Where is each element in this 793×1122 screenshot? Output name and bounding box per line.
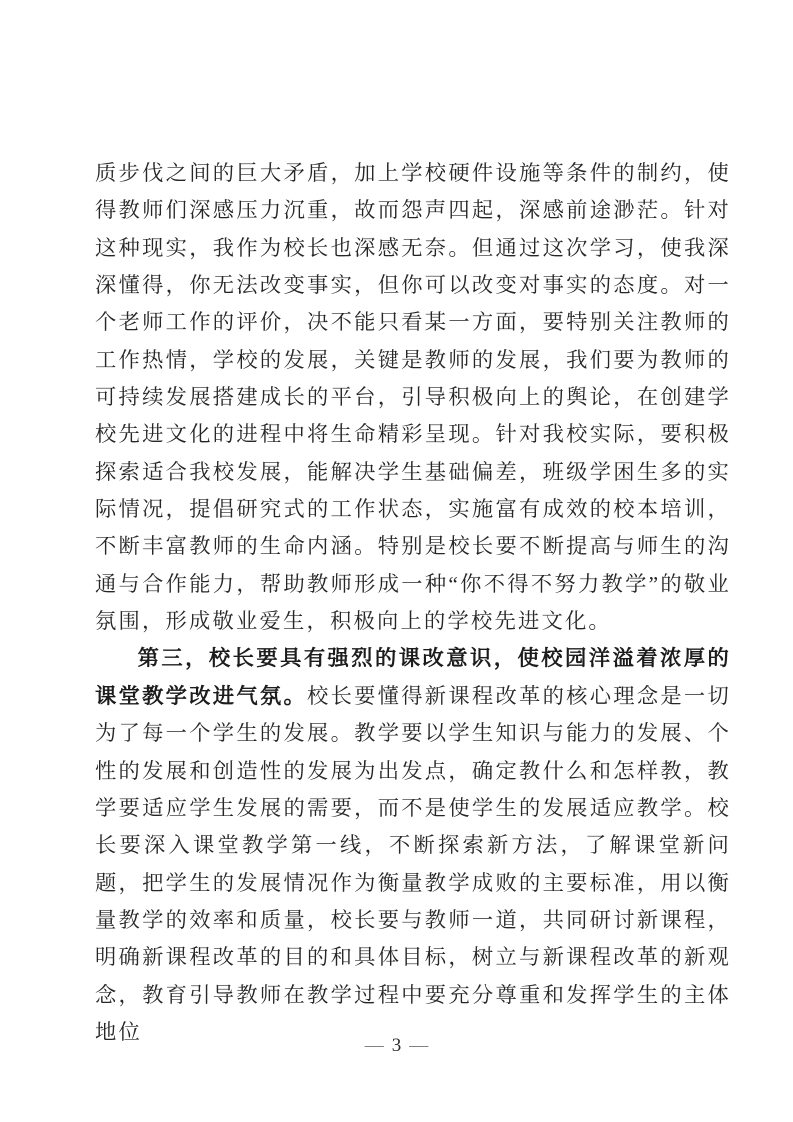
footer-dash-left: —: [365, 1035, 384, 1056]
paragraph-text: 校长要懂得新课程改革的核心理念是一切为了每一个学生的发展。教学要以学生知识与能力…: [95, 684, 731, 1044]
paragraph-continuation: 质步伐之间的巨大矛盾，加上学校硬件设施等条件的制约，使得教师们深感压力沉重，故而…: [95, 155, 731, 640]
page-number: 3: [392, 1035, 402, 1056]
document-page: 质步伐之间的巨大矛盾，加上学校硬件设施等条件的制约，使得教师们深感压力沉重，故而…: [0, 0, 793, 1122]
page-body: 质步伐之间的巨大矛盾，加上学校硬件设施等条件的制约，使得教师们深感压力沉重，故而…: [95, 155, 731, 1051]
page-footer: —3—: [0, 1034, 793, 1058]
paragraph-text: 质步伐之间的巨大矛盾，加上学校硬件设施等条件的制约，使得教师们深感压力沉重，故而…: [95, 161, 731, 633]
footer-dash-right: —: [409, 1035, 428, 1056]
paragraph-third-point: 第三，校长要具有强烈的课改意识，使校园洋溢着浓厚的课堂教学改进气氛。校长要懂得新…: [95, 640, 731, 1051]
